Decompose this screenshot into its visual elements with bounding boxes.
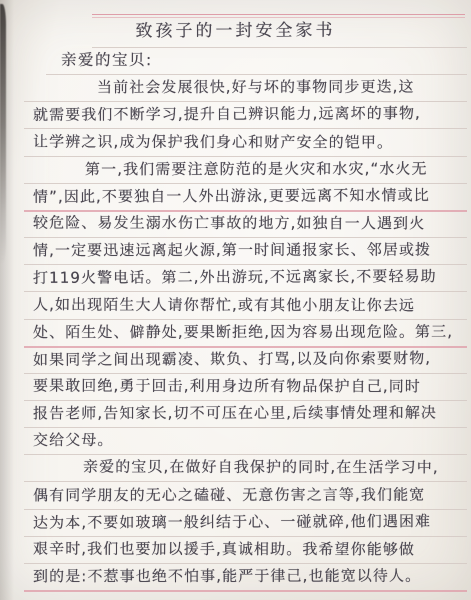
ruled-line (46, 74, 467, 75)
letter-line: 较危险、易发生溺水伤亡事故的地方,如独自一人遇到火 (33, 216, 425, 232)
letter-page: 致孩子的一封安全家书亲爱的宝贝:当前社会发展很快,好与坏的事物同步更迭,这就需要… (0, 0, 471, 600)
letter-line: 达为本,不要如玻璃一般纠结于心、一碰就碎,他们遇困难 (33, 514, 431, 531)
top-accent-rule (92, 14, 465, 15)
letter-line: 亲爱的宝贝,在做好自我保护的同时,在生活学习中, (83, 460, 439, 476)
letter-line: 人,如出现陌生大人请你帮忙,或有其他小朋友让你去远 (33, 298, 415, 314)
ruled-line (24, 183, 467, 184)
page-edge (0, 4, 6, 264)
letter-line: 当前社会发展很快,好与坏的事物同步更迭,这 (97, 80, 415, 96)
top-accent-rule (92, 17, 465, 18)
ruled-line (24, 563, 467, 564)
letter-salutation: 亲爱的宝贝: (61, 53, 153, 69)
ruled-line-accent (24, 590, 467, 592)
ruled-line (24, 264, 467, 265)
letter-line: 艰辛时,我们也要加以援手,真诚相助。我希望你能够做 (33, 542, 415, 558)
letter-line: 到的是:不惹事也绝不怕事,能严于律己,也能宽以待人。 (33, 569, 421, 585)
ruled-line-accent (24, 210, 467, 212)
ruled-line (24, 373, 467, 374)
letter-line: 交给父母。 (33, 433, 114, 448)
letter-line: 报告老师,告知家长,切不可压在心里,后续事情处理和解决 (33, 406, 437, 422)
letter-line: 第一,我们需要注意防范的是火灾和水灾,“水火无 (85, 162, 428, 178)
ruled-line (92, 47, 467, 48)
ruled-line (24, 101, 467, 102)
ruled-line-accent (24, 346, 467, 348)
letter-title: 致孩子的一封安全家书 (0, 22, 471, 41)
letter-line: 让学辨之识,成为保护我们身心和财产安全的铠甲。 (33, 135, 393, 151)
ruled-line (24, 536, 467, 537)
ruled-line (24, 156, 467, 157)
ruled-line (24, 400, 467, 401)
ruled-line (24, 237, 467, 238)
letter-line: 偶有同学朋友的无心之磕碰、无意伤害之言等,我们能宽 (33, 488, 425, 504)
ruled-line (24, 509, 467, 510)
ruled-line (24, 481, 467, 482)
ruled-line (24, 128, 467, 129)
ruled-line (24, 454, 467, 455)
letter-line: 情,一定要迅速远离起火源,第一时间通报家长、邻居或拨 (33, 243, 431, 259)
letter-line: 情”,因此,不要独自一人外出游泳,更要远离不知水情或比 (33, 188, 430, 205)
letter-line: 处、陌生处、僻静处,要果断拒绝,因为容易出现危险。第三, (33, 325, 453, 341)
letter-line: 打119火警电话。第二,外出游玩,不远离家长,不要轻易助 (33, 269, 437, 286)
ruled-line (24, 291, 467, 292)
letter-line: 就需要我们不断学习,提升自己辨识能力,远离坏的事物, (33, 106, 421, 123)
ruled-line (24, 427, 467, 428)
letter-line: 要果敢回绝,勇于回击,利用身边所有物品保护自己,同时 (33, 379, 421, 395)
ruled-line (24, 319, 467, 320)
letter-line: 如果同学之间出现霸凌、欺负、打骂,以及向你索要财物, (33, 351, 431, 368)
